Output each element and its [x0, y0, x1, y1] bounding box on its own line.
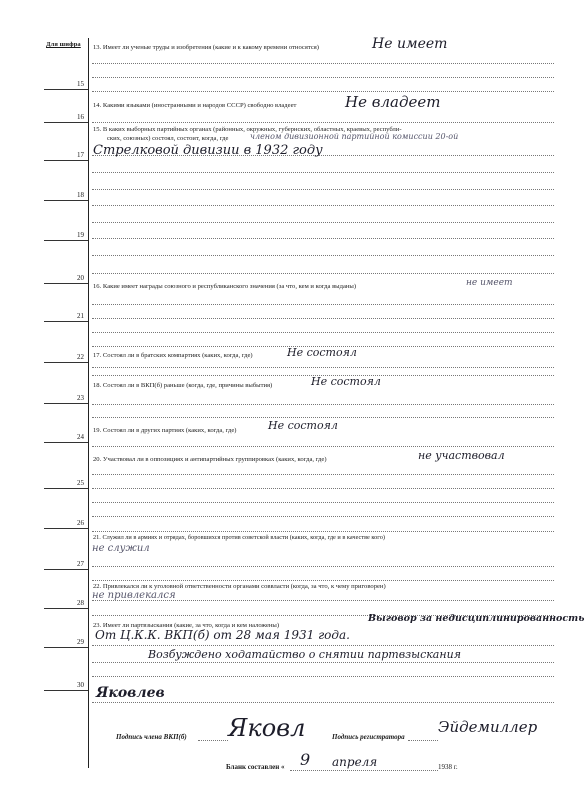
margin-cipher-number: 16	[44, 113, 84, 121]
margin-rule	[44, 160, 88, 161]
answer-line	[92, 404, 554, 405]
answer-line	[92, 516, 554, 517]
margin-cipher-number: 18	[44, 191, 84, 199]
registrar-signature[interactable]: Эйдемиллер	[438, 718, 537, 736]
answer-line	[92, 367, 554, 368]
answer-line	[92, 91, 554, 92]
margin-cipher-number: 20	[44, 274, 84, 282]
question-22-answer[interactable]: не привлекался	[92, 590, 176, 601]
question-14-answer[interactable]: Не владеет	[345, 93, 440, 111]
answer-line	[92, 566, 554, 567]
margin-cipher-number: 25	[44, 479, 84, 487]
answer-line	[92, 122, 554, 123]
registrar-signature-label: Подпись регистратора	[332, 733, 405, 741]
question-16-label: 16. Какие имеет награды союзного и респу…	[93, 283, 356, 291]
question-20-label: 20. Участвовал ли в оппозициях и антипар…	[93, 456, 327, 464]
answer-line	[92, 222, 554, 223]
question-23-answer-line1[interactable]: Выговор за недисциплинированность	[368, 613, 584, 624]
party-registration-form-page: Для шифра 151617181920212223242526272829…	[0, 0, 584, 800]
form-date-month[interactable]: апреля	[332, 755, 377, 769]
margin-cipher-number: 19	[44, 231, 84, 239]
margin-cipher-number: 27	[44, 560, 84, 568]
margin-cipher-number: 26	[44, 519, 84, 527]
question-14-label: 14. Какими языками (иностранными и народ…	[93, 102, 296, 110]
margin-divider	[88, 38, 89, 768]
margin-header-cipher: Для шифра	[46, 41, 81, 48]
form-date-line	[290, 770, 438, 771]
member-signature[interactable]: Яковл	[228, 714, 305, 742]
answer-line	[92, 531, 554, 532]
margin-cipher-number: 21	[44, 312, 84, 320]
question-13-answer[interactable]: Не имеет	[372, 36, 447, 52]
form-date-label: Бланк составлен «	[226, 763, 285, 771]
question-21-answer[interactable]: не служил	[92, 543, 150, 554]
answer-line	[92, 255, 554, 256]
answer-line	[92, 446, 554, 447]
answer-line	[92, 172, 554, 173]
answer-line	[92, 580, 554, 581]
question-15-answer-line1[interactable]: членом дивизионной партийной комиссии 20…	[250, 132, 458, 141]
answer-line	[92, 645, 554, 646]
answer-line	[92, 63, 554, 64]
member-signature-line	[198, 740, 228, 741]
question-15-answer-line2[interactable]: Стрелковой дивизии в 1932 году	[93, 143, 323, 158]
question-19-label: 19. Состоял ли в других партиях (каких, …	[93, 427, 236, 435]
answer-line	[92, 676, 554, 677]
margin-cipher-number: 28	[44, 599, 84, 607]
margin-cipher-number: 17	[44, 151, 84, 159]
question-20-answer[interactable]: не участвовал	[418, 449, 505, 462]
answer-line	[92, 304, 554, 305]
margin-rule	[44, 690, 88, 691]
form-date-day[interactable]: 9	[300, 750, 310, 769]
margin-cipher-number: 24	[44, 433, 84, 441]
answer-line	[92, 702, 554, 703]
question-17-answer[interactable]: Не состоял	[287, 346, 357, 359]
question-17-label: 17. Состоял ли в братских компартиях (ка…	[93, 352, 253, 360]
margin-rule	[44, 240, 88, 241]
answer-line	[92, 189, 554, 190]
question-13-label: 13. Имеет ли ученые труды и изобретения …	[93, 44, 319, 52]
question-23-answer-line3[interactable]: Возбуждено ходатайство о снятии партвзыс…	[148, 648, 461, 661]
answer-line	[92, 238, 554, 239]
margin-rule	[44, 528, 88, 529]
member-signature-label: Подпись члена ВКП(б)	[116, 733, 187, 741]
margin-rule	[44, 608, 88, 609]
question-18-label: 18. Состоял ли в ВКП(б) раньше (когда, г…	[93, 382, 272, 390]
margin-rule	[44, 122, 88, 123]
margin-cipher-number: 23	[44, 394, 84, 402]
margin-cipher-number: 30	[44, 681, 84, 689]
margin-cipher-number: 22	[44, 353, 84, 361]
answer-line	[92, 77, 554, 78]
margin-rule	[44, 362, 88, 363]
member-surname[interactable]: Яковлев	[96, 685, 165, 701]
answer-line	[92, 474, 554, 475]
margin-rule	[44, 403, 88, 404]
question-21-label: 21. Служил ли в армиях и отрядах, боровш…	[93, 534, 385, 542]
registrar-signature-line	[408, 740, 438, 741]
margin-rule	[44, 647, 88, 648]
question-19-answer[interactable]: Не состоял	[268, 419, 338, 432]
margin-rule	[44, 321, 88, 322]
margin-rule	[44, 89, 88, 90]
answer-line	[92, 417, 554, 418]
margin-rule	[44, 200, 88, 201]
margin-cipher-number: 29	[44, 638, 84, 646]
question-18-answer[interactable]: Не состоял	[311, 375, 381, 388]
answer-line	[92, 662, 554, 663]
answer-line	[92, 318, 554, 319]
question-16-answer[interactable]: не имеет	[466, 278, 513, 288]
answer-line	[92, 488, 554, 489]
margin-rule	[44, 442, 88, 443]
margin-cipher-number: 15	[44, 80, 84, 88]
form-date-year: 1938 г.	[438, 763, 458, 771]
question-23-answer-line2[interactable]: От Ц.К.К. ВКП(б) от 28 мая 1931 года.	[95, 628, 350, 642]
question-15-label-line2: ских, союзных) состоял, состоит, когда, …	[107, 135, 228, 143]
margin-rule	[44, 488, 88, 489]
answer-line	[92, 332, 554, 333]
answer-line	[92, 502, 554, 503]
margin-rule	[44, 283, 88, 284]
answer-line	[92, 205, 554, 206]
answer-line	[92, 273, 554, 274]
margin-rule	[44, 569, 88, 570]
